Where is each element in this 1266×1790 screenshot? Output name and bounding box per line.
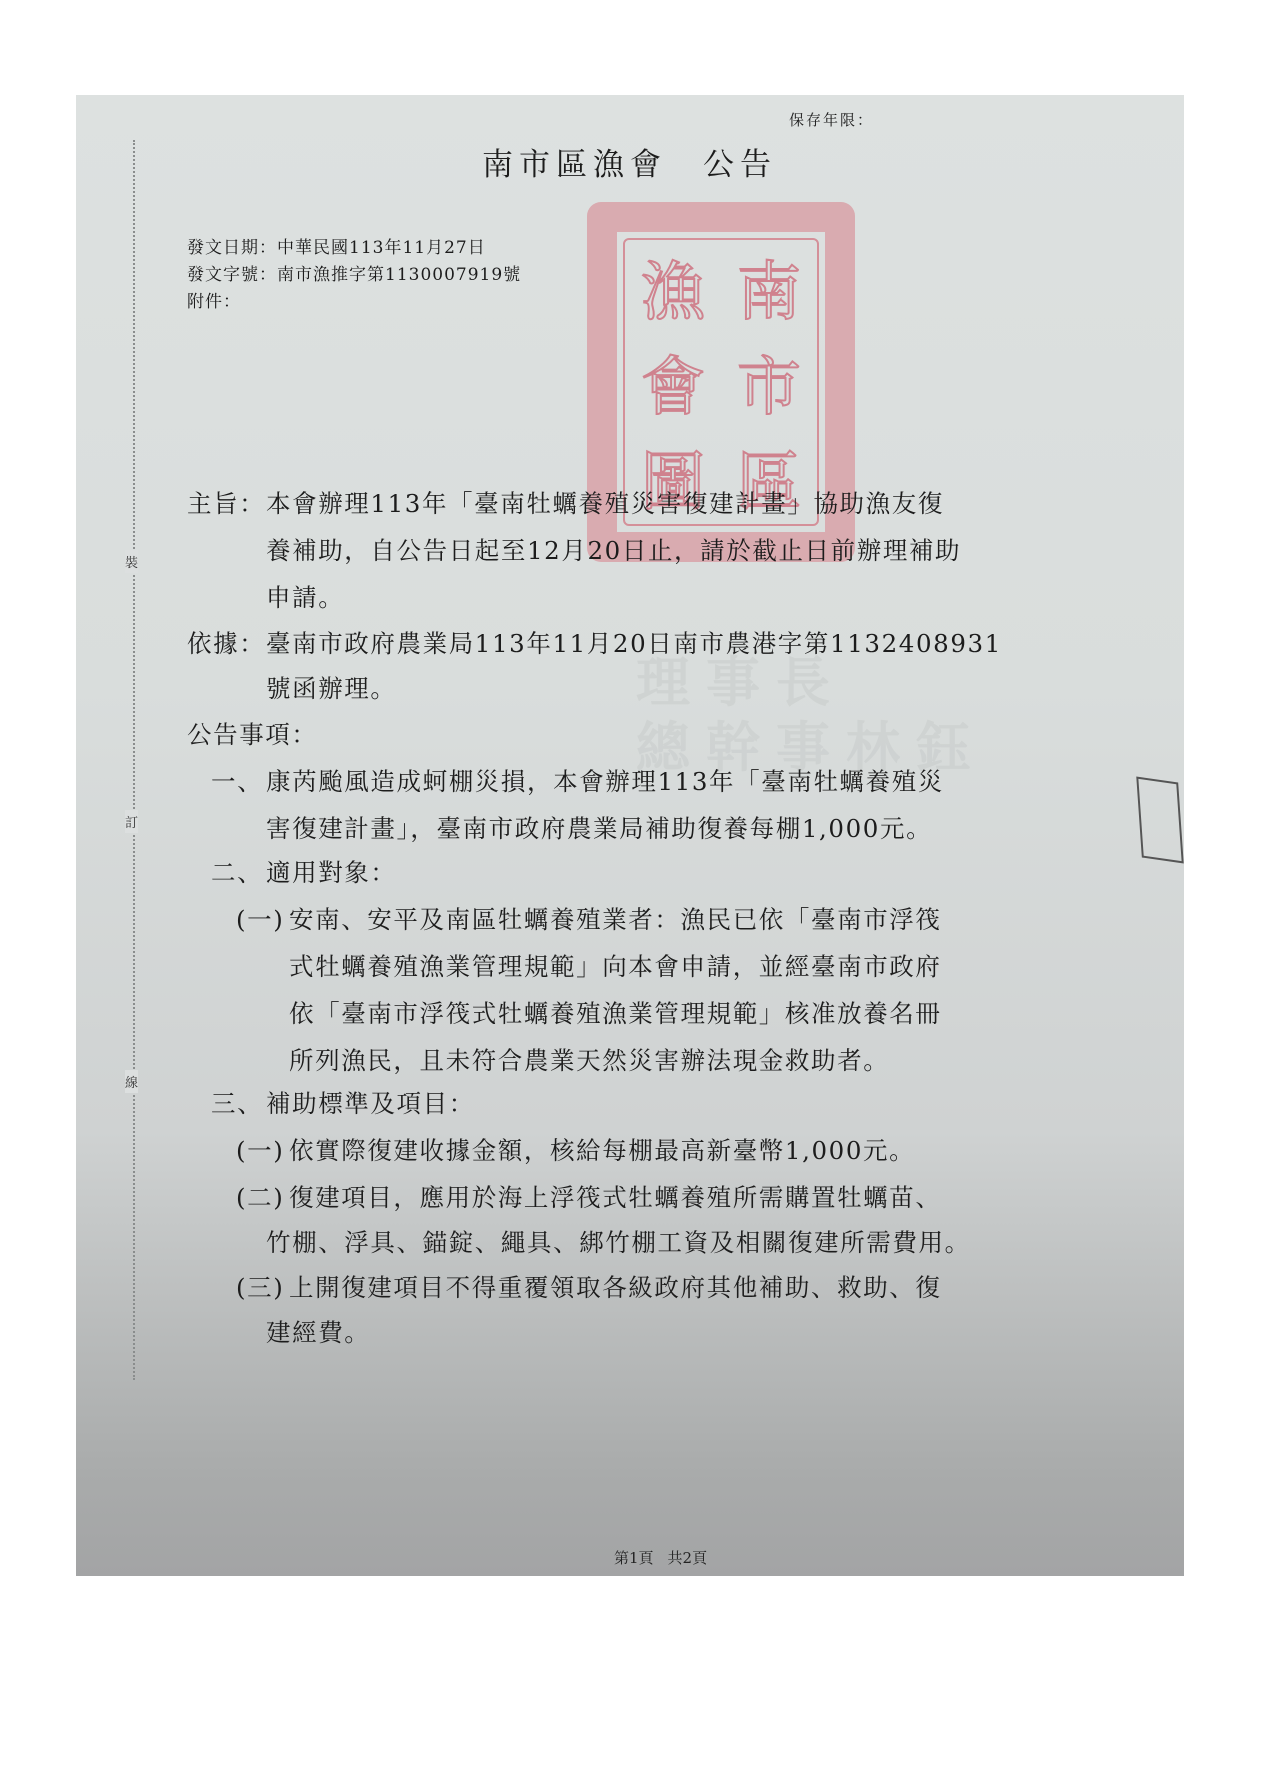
binding-mark-xian: 線	[125, 1070, 138, 1093]
binding-dotted-line	[133, 140, 135, 1380]
sub-item-marker: (一)	[236, 901, 284, 936]
sub-item-line: 所列漁民，且未符合農業天然災害辦法現金救助者。	[289, 1042, 889, 1077]
notice-item-line: 適用對象：	[266, 854, 397, 889]
sub-item-line: 上開復建項目不得重覆領取各級政府其他補助、救助、復	[289, 1269, 942, 1304]
sub-item-marker: (三)	[236, 1269, 284, 1304]
issue-date-value: 中華民國113年11月27日	[277, 238, 486, 258]
sub-item-line: 竹棚、浮具、錨錠、繩具、綁竹棚工資及相關復建所需費用。	[266, 1224, 971, 1259]
notice-item-marker: 二、	[211, 854, 263, 889]
page-total: 共2頁	[668, 1549, 708, 1567]
sub-item-line: 建經費。	[266, 1314, 370, 1349]
binding-mark-zhuang: 裝	[125, 550, 138, 573]
page-title: 南市區漁會公告	[482, 139, 777, 184]
page-footer: 第1頁共2頁	[614, 1547, 707, 1568]
notice-item-line: 康芮颱風造成蚵棚災損，本會辦理113年「臺南牡蠣養殖災	[266, 763, 944, 798]
document-page: 裝 訂 線 理事長 總幹事林鈺 保存年限： 南市區漁會公告 發文日期：中華民國1…	[76, 95, 1184, 1576]
notice-item-marker: 一、	[211, 763, 263, 798]
perforation-seal-stamp	[1136, 777, 1183, 864]
issue-date-label: 發文日期：	[187, 238, 277, 258]
reference-number-value: 南市漁推字第1130007919號	[277, 265, 521, 285]
issue-date: 發文日期：中華民國113年11月27日	[187, 233, 486, 258]
seal-char: 漁	[625, 240, 721, 335]
sub-item-line: 安南、安平及南區牡蠣養殖業者：漁民已依「臺南市浮筏	[289, 901, 942, 936]
sub-item-line: 依實際復建收據金額，核給每棚最高新臺幣1,000元。	[289, 1132, 915, 1167]
sub-item-line: 復建項目，應用於海上浮筏式牡蠣養殖所需購置牡蠣苗、	[289, 1179, 942, 1214]
seal-char: 會	[625, 335, 721, 430]
sub-item-line: 式牡蠣養殖漁業管理規範」向本會申請，並經臺南市政府	[289, 948, 942, 983]
attachment-label: 附件：	[187, 292, 241, 312]
basis-label: 依據：	[187, 625, 265, 660]
seal-char: 市	[721, 335, 817, 430]
seal-char: 南	[721, 240, 817, 335]
title-org: 南市區漁會	[482, 147, 667, 183]
sub-item-line: 依「臺南市浮筏式牡蠣養殖漁業管理規範」核准放養名冊	[289, 995, 942, 1030]
binding-mark-ding: 訂	[125, 810, 138, 833]
retention-period-label: 保存年限：	[789, 109, 874, 130]
attachment: 附件：	[187, 287, 241, 312]
notice-item-line: 害復建計畫」，臺南市政府農業局補助復養每棚1,000元。	[266, 810, 932, 845]
basis-line: 臺南市政府農業局113年11月20日南市農港字第1132408931	[266, 625, 1002, 660]
page-number: 第1頁	[614, 1549, 654, 1567]
notice-item-line: 補助標準及項目：	[266, 1085, 475, 1120]
subject-line: 申請。	[266, 579, 344, 614]
basis-line: 號函辦理。	[266, 670, 397, 705]
subject-label: 主旨：	[187, 485, 265, 520]
reference-number-label: 發文字號：	[187, 265, 277, 285]
sub-item-marker: (一)	[236, 1132, 284, 1167]
notice-item-marker: 三、	[211, 1085, 263, 1120]
notice-label: 公告事項：	[187, 716, 318, 751]
reference-number: 發文字號：南市漁推字第1130007919號	[187, 260, 521, 285]
subject-line: 養補助，自公告日起至12月20日止，請於截止日前辦理補助	[266, 532, 961, 567]
title-type: 公告	[703, 147, 777, 183]
subject-line: 本會辦理113年「臺南牡蠣養殖災害復建計畫」協助漁友復	[266, 485, 944, 520]
sub-item-marker: (二)	[236, 1179, 284, 1214]
